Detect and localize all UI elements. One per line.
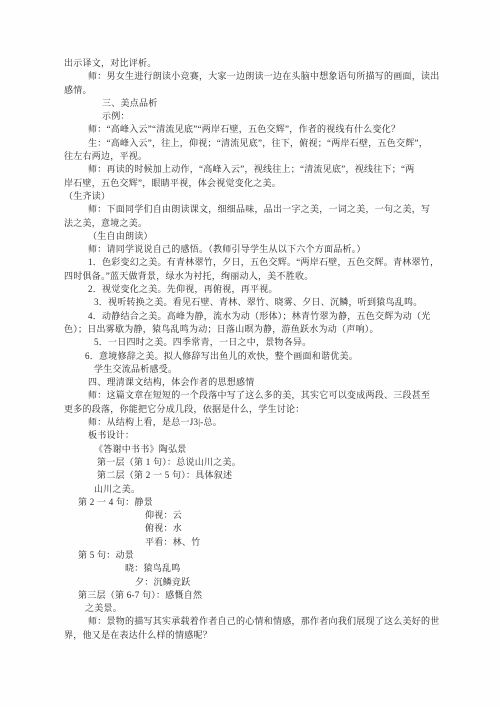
outline-line: 第三层（第 6-7 句）：感慨自然 [64,589,446,602]
text-line: 师：再读的时候加上动作，“高峰入云”，视线往上；“清流见底”，视线往下；“两 [64,163,446,176]
document-text-block: 出示译文，对比评析。 师：男女生进行朗读小竞赛，大家一边朗读一边在头脑中想象语句… [64,57,446,642]
lesson-title: 《答谢中书书》陶弘景 [64,443,446,456]
list-item: 1．色彩变幻之美。有青林翠竹，夕日，五色交辉。“两岸石壁，五色交辉。青林翠竹， [64,256,446,269]
list-item: 4．动静结合之美。高峰为静，流水为动（形体）；林青竹翠为静，五色交辉为动（光 [64,310,446,323]
outline-line: 夕：沉鳞竞跃 [64,576,446,589]
text-line: 生：“高峰入云”，往上，仰视；“清流见底”，往下，俯视；“两岸石壁，五色交辉”， [64,137,446,150]
text-line: 岸石壁，五色交辉”，眼睛平视，体会视觉变化之美。 [64,177,446,190]
board-design-heading: 板书设计： [64,429,446,442]
text-line: 师：“高峰入云”“清流见底”“两岸石壁，五色交辉”，作者的视线有什么变化？ [64,123,446,136]
text-line: 示例： [64,110,446,123]
text-line: 师：请同学说说自己的感悟。（教师引导学生从以下六个方面品析。） [64,243,446,256]
text-line: 师：下面同学们自由朗读课文，细细品味，品出一字之美，一词之美，一句之美，写 [64,203,446,216]
text-line: 师：这篇文章在短短的一个段落中写了这么多的美，其实它可以变成两段、三段甚至 [64,389,446,402]
document-page: 出示译文，对比评析。 师：男女生进行朗读小竞赛，大家一边朗读一边在头脑中想象语句… [0,0,500,707]
outline-line: 第 5 句：动景 [64,549,446,562]
section-heading: 四、理清课文结构，体会作者的思想感情 [64,376,446,389]
outline-line: 平看：林、竹 [64,536,446,549]
outline-line: 山川之美。 [64,483,446,496]
text-line: 出示译文，对比评析。 [64,57,446,70]
section-heading: 三、美点品析 [64,97,446,110]
outline-line: 第二层（第 2 一 5 句）：具体叙述 [64,469,446,482]
outline-line: 第一层（第 1 句）：总说山川之美。 [64,456,446,469]
text-line: 界，他又是在表达什么样的情感呢？ [64,629,446,642]
list-item: 6．意境修辞之美。拟人修辞写出鱼儿的欢快，整个画面和谐优美。 [64,350,446,363]
outline-line: 晓：猿鸟乱鸣 [64,562,446,575]
text-line: （生齐读） [64,190,446,203]
text-line: 更多的段落，你能把它分成几段，依据是什么，学生讨论： [64,403,446,416]
list-item: 3．视听转换之美。看见石壁、青林、翠竹、晓雾、夕日、沉鳞，听到猿鸟乱鸣。 [64,296,446,309]
text-line: 师：从结构上看，是总一J3|-总。 [64,416,446,429]
outline-line: 第 2 一 4 句：静景 [64,496,446,509]
text-line: 感情。 [64,84,446,97]
outline-line: 仰视：云 [64,509,446,522]
text-line: 往左右两边，平视。 [64,150,446,163]
text-line: （生自由朗读） [64,230,446,243]
outline-line: 之美景。 [64,602,446,615]
text-line: 法之美，意境之美。 [64,217,446,230]
text-line: 学生交流品析感受。 [64,363,446,376]
text-line: 色）；日出雾歇为静，猿鸟乱鸣为动；日落山暝为静，游鱼跃水为动（声响）。 [64,323,446,336]
list-item: 2．视觉变化之美。先仰视，再俯视，再平视。 [64,283,446,296]
outline-line: 俯视：水 [64,522,446,535]
text-line: 师：景物的描写其实承载着作者自己的心情和情感，那作者向我们展现了这么美好的世 [64,615,446,628]
text-line: 四时俱备。”蓝天做背景，绿水为衬托，绚丽动人，美不胜收。 [64,270,446,283]
list-item: 5．一日四时之美。四季常青，一日之中，景物各异。 [64,336,446,349]
text-line: 师：男女生进行朗读小竞赛，大家一边朗读一边在头脑中想象语句所描写的画面，读出 [64,70,446,83]
